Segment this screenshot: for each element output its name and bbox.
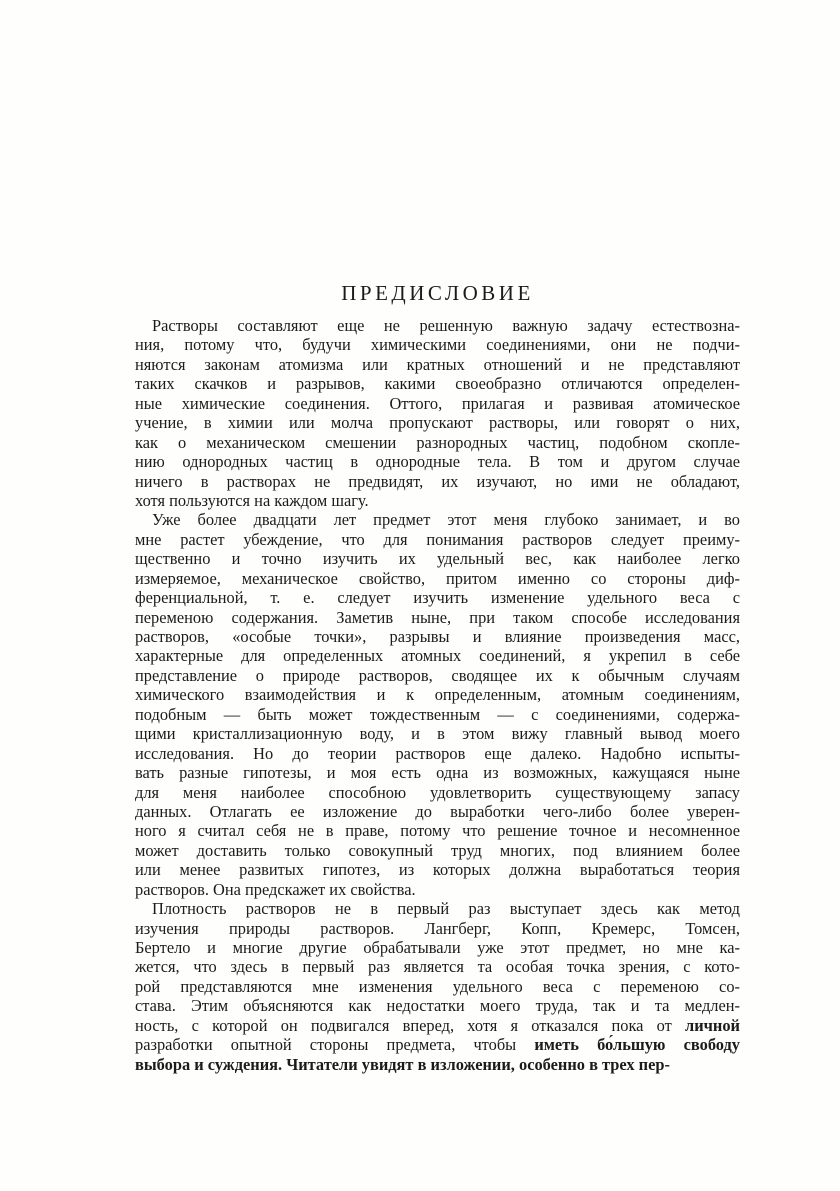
- text-line: Растворы составляют еще не решенную важн…: [135, 316, 740, 335]
- text-line: может доставить только совокупный труд м…: [135, 841, 740, 860]
- paragraph: Уже более двадцати лет предмет этот меня…: [135, 510, 740, 899]
- text-line: Уже более двадцати лет предмет этот меня…: [135, 510, 740, 529]
- text-line: растворов. Она предскажет их свойства.: [135, 880, 740, 899]
- text-line: данных. Отлагать ее изложение до выработ…: [135, 802, 740, 821]
- text-line: таких скачков и разрывов, какими своеобр…: [135, 374, 740, 393]
- text-line: химического взаимодействия и к определен…: [135, 685, 740, 704]
- text-line: представление о природе растворов, сводя…: [135, 666, 740, 685]
- text-line: изучения природы растворов. Лангберг, Ко…: [135, 919, 740, 938]
- text-line: или менее развитых гипотез, из которых д…: [135, 860, 740, 879]
- text-line: разработки опытной стороны предмета, что…: [135, 1035, 740, 1054]
- text-line: ференциальной, т. е. следует изучить изм…: [135, 588, 740, 607]
- text-line: переменою содержания. Заметив ныне, при …: [135, 608, 740, 627]
- text-run-bold: иметь бо́льшую свободу: [534, 1035, 740, 1054]
- text-line: для меня наиболее способною удовлетворит…: [135, 783, 740, 802]
- text-line: растворов, «особые точки», разрывы и вли…: [135, 627, 740, 646]
- scanned-book-page: ПРЕДИСЛОВИЕ Растворы составляют еще не р…: [0, 0, 840, 1191]
- text-line: мне растет убеждение, что для понимания …: [135, 530, 740, 549]
- text-line: как о механическом смешении разнородных …: [135, 433, 740, 452]
- text-line: Бертело и многие другие обрабатывали уже…: [135, 938, 740, 957]
- text-line: характерные для определенных атомных сое…: [135, 646, 740, 665]
- text-line: Плотность растворов не в первый раз выст…: [135, 899, 740, 918]
- text-line: щими кристаллизационную воду, и в этом в…: [135, 724, 740, 743]
- text-run-bold: личной: [685, 1016, 740, 1035]
- text-line: жется, что здесь в первый раз является т…: [135, 957, 740, 976]
- text-line: рой представляются мне изменения удельно…: [135, 977, 740, 996]
- text-run: разработки опытной стороны предмета, что…: [135, 1035, 534, 1054]
- text-line: подобным — быть может тождественным — с …: [135, 705, 740, 724]
- text-line: ность, с которой он подвигался вперед, х…: [135, 1016, 740, 1035]
- text-line: ного я считал себя не в праве, потому чт…: [135, 821, 740, 840]
- text-line: учение, в химии или молча пропускают рас…: [135, 413, 740, 432]
- text-line: исследования. Но до теории растворов еще…: [135, 744, 740, 763]
- text-line: ния, потому что, будучи химическими соед…: [135, 335, 740, 354]
- paragraph: Плотность растворов не в первый раз выст…: [135, 899, 740, 1074]
- text-run: ность, с которой он подвигался вперед, х…: [135, 1016, 685, 1035]
- text-line: нию однородных частиц в однородные тела.…: [135, 452, 740, 471]
- page-title: ПРЕДИСЛОВИЕ: [135, 281, 740, 306]
- text-line: ничего в растворах не предвидят, их изуч…: [135, 472, 740, 491]
- text-run-bold: выбора и суждения. Читатели увидят в изл…: [135, 1055, 670, 1074]
- text-line: измеряемое, механическое свойство, прито…: [135, 569, 740, 588]
- paragraph: Растворы составляют еще не решенную важн…: [135, 316, 740, 510]
- text-line: вать разные гипотезы, и моя есть одна из…: [135, 763, 740, 782]
- text-line: выбора и суждения. Читатели увидят в изл…: [135, 1055, 740, 1074]
- page-body: Растворы составляют еще не решенную важн…: [135, 316, 740, 1074]
- text-line: хотя пользуются на каждом шагу.: [135, 491, 740, 510]
- text-line: щественно и точно изучить их удельный ве…: [135, 549, 740, 568]
- text-line: няются законам атомизма или кратных отно…: [135, 355, 740, 374]
- text-line: става. Этим объясняются как недостатки м…: [135, 996, 740, 1015]
- text-line: ные химические соединения. Оттого, прила…: [135, 394, 740, 413]
